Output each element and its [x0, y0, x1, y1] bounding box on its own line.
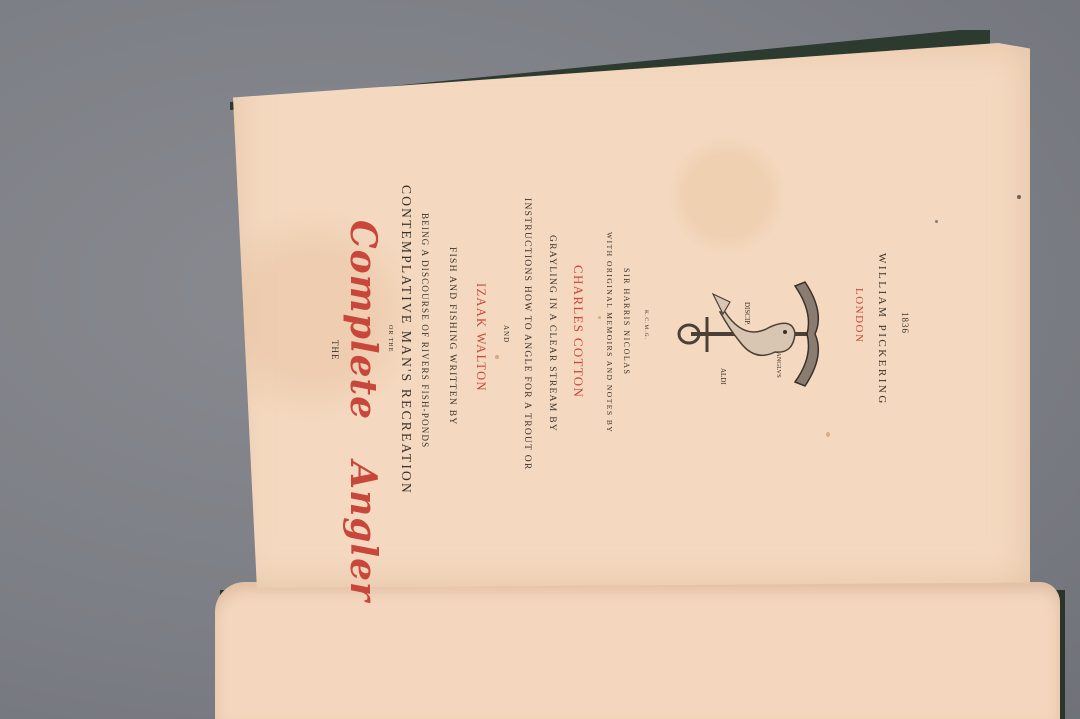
line-fish: FISH AND FISHING WRITTEN BY	[447, 247, 457, 426]
or-the: OR THE	[387, 325, 393, 352]
foxing-spot	[598, 316, 601, 319]
line-instructions: INSTRUCTIONS HOW TO ANGLE FOR A TROUT OR	[522, 198, 532, 471]
dust-speck	[1017, 195, 1021, 199]
author-charles-cotton: CHARLES COTTON	[570, 265, 586, 398]
subtitle: CONTEMPLATIVE MAN'S RECREATION	[398, 185, 414, 495]
line-discourse: BEING A DISCOURSE OF RIVERS FISH-PONDS	[420, 213, 430, 448]
facing-page	[215, 582, 1060, 719]
publisher: WILLIAM PICKERING	[876, 253, 888, 406]
svg-text:ALDI: ALDI	[719, 368, 727, 385]
line-grayling: GRAYLING IN A CLEAR STREAM BY	[547, 235, 557, 432]
dolphin-anchor-icon: ALDI DISCIP. ANGLVS	[675, 272, 835, 397]
foxing-spot	[495, 355, 499, 359]
line-memoirs: WITH ORIGINAL MEMOIRS AND NOTES BY	[605, 232, 614, 433]
svg-text:ANGLVS: ANGLVS	[775, 352, 782, 378]
author-izaak-walton: IZAAK WALTON	[473, 283, 488, 392]
title-word-complete: Complete	[342, 220, 384, 420]
printers-device-dolphin-anchor: ALDI DISCIP. ANGLVS	[675, 272, 835, 397]
foxing-spot	[826, 432, 830, 437]
foxing-spot	[935, 220, 938, 223]
editor-honours: K.C.M.G.	[643, 310, 649, 340]
title-word-angler: Angler	[342, 461, 384, 602]
place-london: LONDON	[853, 288, 865, 343]
svg-text:DISCIP.: DISCIP.	[743, 302, 751, 325]
editor-name: SIR HARRIS NICOLAS	[622, 268, 631, 375]
title-main: Complete Angler	[343, 220, 383, 602]
year: 1836	[900, 312, 910, 334]
title-the: THE	[330, 340, 340, 361]
and: AND	[502, 325, 510, 343]
